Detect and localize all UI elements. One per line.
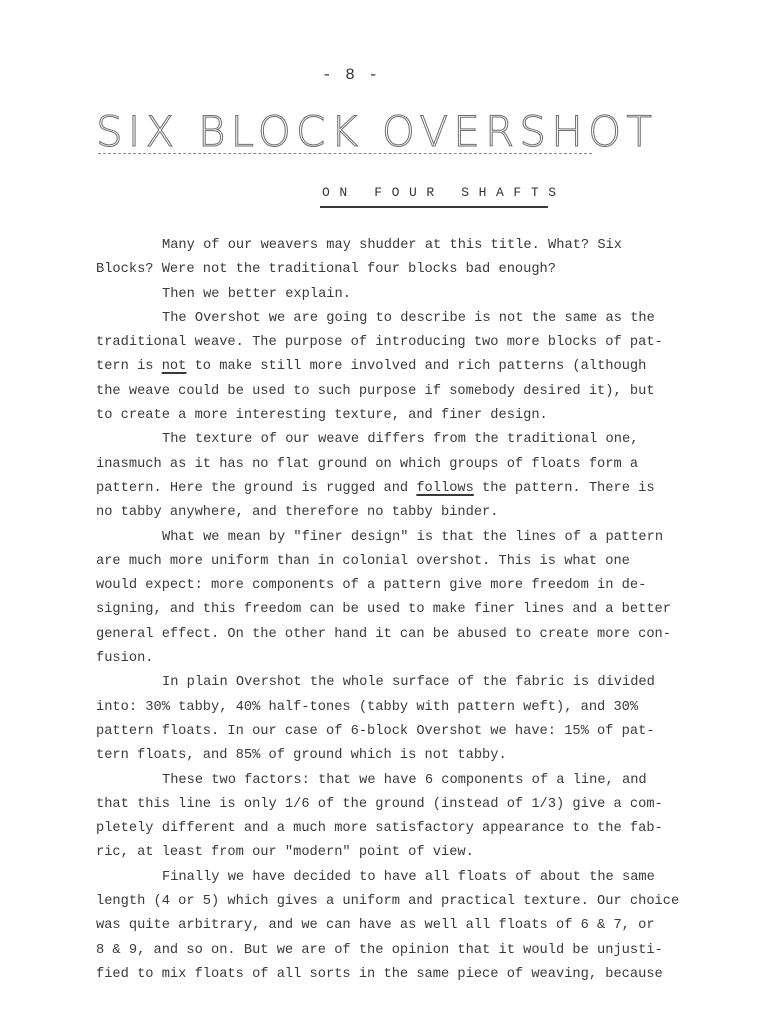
text-segment: fusion.: [96, 651, 154, 666]
text-line: 8 & 9, and so on. But we are of the opin…: [96, 939, 716, 963]
text-segment: that this line is only 1/6 of the ground…: [96, 797, 663, 812]
text-segment: In plain Overshot the whole surface of t…: [162, 675, 655, 690]
document-title: SIX BLOCK OVERSHOT: [96, 108, 596, 156]
paragraph-first-line: Many of our weavers may shudder at this …: [96, 234, 716, 258]
text-segment: the weave could be used to such purpose …: [96, 384, 655, 399]
text-segment: The Overshot we are going to describe is…: [162, 311, 655, 326]
text-segment: was quite arbitrary, and we can have as …: [96, 918, 655, 933]
text-line: tern is not to make still more involved …: [96, 355, 716, 379]
paragraph-first-line: These two factors: that we have 6 compon…: [96, 769, 716, 793]
text-segment: no tabby anywhere, and therefore no tabb…: [96, 505, 498, 520]
text-segment: to make still more involved and rich pat…: [186, 359, 646, 374]
text-segment: into: 30% tabby, 40% half-tones (tabby w…: [96, 700, 638, 715]
title-underline: [98, 153, 592, 154]
text-segment: These two factors: that we have 6 compon…: [162, 773, 647, 788]
text-segment: The texture of our weave differs from th…: [162, 432, 638, 447]
text-line: to create a more interesting texture, an…: [96, 404, 716, 428]
text-segment: 8 & 9, and so on. But we are of the opin…: [96, 943, 663, 958]
text-segment: general effect. On the other hand it can…: [96, 627, 671, 642]
paragraph-first-line: The texture of our weave differs from th…: [96, 428, 716, 452]
text-line: would expect: more components of a patte…: [96, 574, 716, 598]
text-line: length (4 or 5) which gives a uniform an…: [96, 890, 716, 914]
subtitle-underline: [320, 206, 548, 208]
text-segment: Many of our weavers may shudder at this …: [162, 238, 622, 253]
text-segment: inasmuch as it has no flat ground on whi…: [96, 457, 638, 472]
text-segment: would expect: more components of a patte…: [96, 578, 646, 593]
text-segment: pattern. Here the ground is rugged and: [96, 481, 416, 496]
text-line: are much more uniform than in colonial o…: [96, 550, 716, 574]
text-segment: fied to mix floats of all sorts in the s…: [96, 967, 663, 982]
paragraph-first-line: Finally we have decided to have all floa…: [96, 866, 716, 890]
text-segment: Then we better explain.: [162, 287, 351, 302]
text-line: fied to mix floats of all sorts in the s…: [96, 963, 716, 987]
text-segment: pattern floats. In our case of 6-block O…: [96, 724, 655, 739]
text-segment: traditional weave. The purpose of introd…: [96, 335, 663, 350]
document-subtitle: ON FOUR SHAFTS: [322, 185, 566, 200]
paragraph-first-line: The Overshot we are going to describe is…: [96, 307, 716, 331]
text-line: was quite arbitrary, and we can have as …: [96, 914, 716, 938]
paragraph-first-line: What we mean by "finer design" is that t…: [96, 526, 716, 550]
text-line: fusion.: [96, 647, 716, 671]
text-segment: to create a more interesting texture, an…: [96, 408, 548, 423]
paragraph-first-line: Then we better explain.: [96, 283, 716, 307]
text-segment: length (4 or 5) which gives a uniform an…: [96, 894, 679, 909]
emphasized-word: not: [162, 359, 187, 374]
text-line: traditional weave. The purpose of introd…: [96, 331, 716, 355]
text-line: Blocks? Were not the traditional four bl…: [96, 258, 716, 282]
text-line: pletely different and a much more satisf…: [96, 817, 716, 841]
text-line: pattern floats. In our case of 6-block O…: [96, 720, 716, 744]
text-segment: tern floats, and 85% of ground which is …: [96, 748, 507, 763]
text-line: ric, at least from our "modern" point of…: [96, 841, 716, 865]
text-line: no tabby anywhere, and therefore no tabb…: [96, 501, 716, 525]
text-segment: the pattern. There is: [474, 481, 655, 496]
text-line: signing, and this freedom can be used to…: [96, 598, 716, 622]
text-segment: Finally we have decided to have all floa…: [162, 870, 655, 885]
body-text: Many of our weavers may shudder at this …: [96, 234, 716, 987]
text-segment: signing, and this freedom can be used to…: [96, 602, 671, 617]
paragraph-first-line: In plain Overshot the whole surface of t…: [96, 671, 716, 695]
text-segment: pletely different and a much more satisf…: [96, 821, 663, 836]
text-segment: ric, at least from our "modern" point of…: [96, 845, 474, 860]
text-line: that this line is only 1/6 of the ground…: [96, 793, 716, 817]
text-line: pattern. Here the ground is rugged and f…: [96, 477, 716, 501]
text-line: tern floats, and 85% of ground which is …: [96, 744, 716, 768]
text-line: general effect. On the other hand it can…: [96, 623, 716, 647]
text-segment: Blocks? Were not the traditional four bl…: [96, 262, 556, 277]
text-line: into: 30% tabby, 40% half-tones (tabby w…: [96, 696, 716, 720]
text-segment: What we mean by "finer design" is that t…: [162, 530, 663, 545]
text-segment: are much more uniform than in colonial o…: [96, 554, 630, 569]
emphasized-word: follows: [416, 481, 474, 496]
text-line: inasmuch as it has no flat ground on whi…: [96, 453, 716, 477]
text-line: the weave could be used to such purpose …: [96, 380, 716, 404]
page-number: - 8 -: [322, 66, 380, 84]
text-segment: tern is: [96, 359, 162, 374]
